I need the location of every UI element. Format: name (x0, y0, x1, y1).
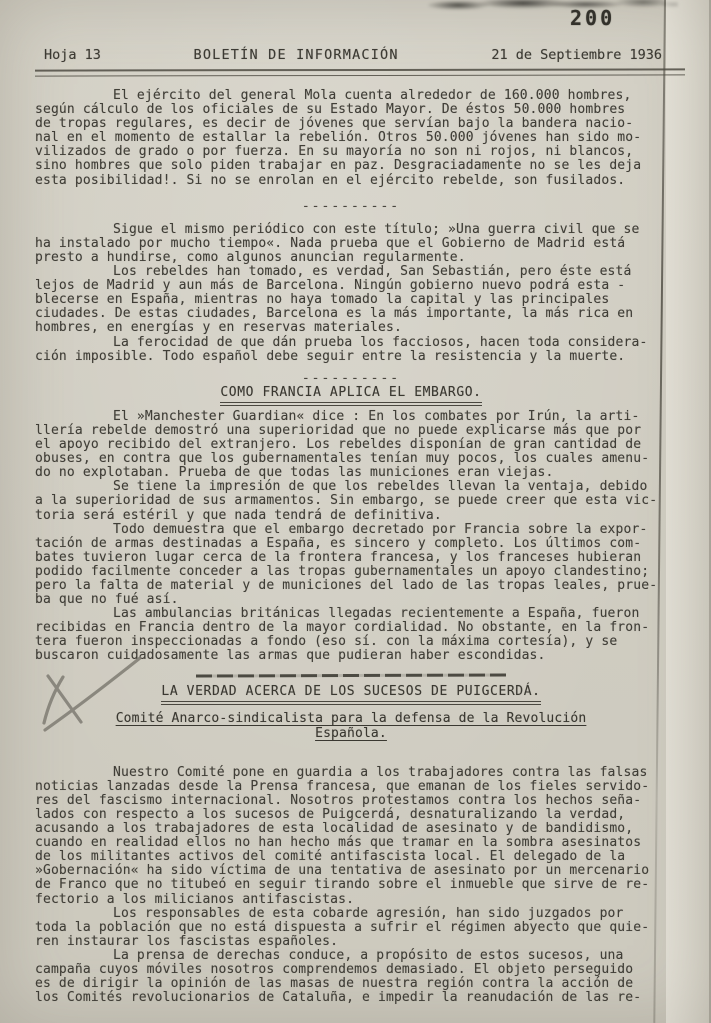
scanned-document-page: 200 Hoja 13 BOLETÍN DE INFORMACIÓN 21 de… (0, 0, 711, 1023)
scan-smudge-artifact (428, 0, 678, 12)
section-rule (196, 673, 506, 677)
page-right-margin (666, 0, 711, 1023)
paragraph-ferocidad: La ferocidad de que dán prueba los facci… (35, 336, 667, 364)
typed-divider: ---------- (35, 372, 667, 386)
paragraph-san-sebastian: Los rebeldes han tomado, es verdad, San … (35, 265, 667, 335)
pencil-x-mark (28, 643, 158, 743)
heading-embargo: COMO FRANCIA APLICA EL EMBARGO. (35, 386, 667, 400)
paragraph-impresion: Se tiene la impresión de que los rebelde… (35, 480, 667, 522)
sheet-number: Hoja 13 (44, 47, 101, 63)
document-date: 21 de Septiembre 1936 (491, 47, 662, 63)
paragraph-embargo-sincero: Todo demuestra que el embargo decretado … (35, 523, 667, 608)
document-header: Hoja 13 BOLETÍN DE INFORMACIÓN 21 de Sep… (44, 47, 662, 63)
paragraph-responsables: Los responsables de esta cobarde agresió… (35, 907, 667, 949)
header-rule (35, 68, 685, 76)
document-body: El ejército del general Mola cuenta alre… (35, 89, 667, 1005)
page-number-stamp: 200 (570, 6, 615, 30)
paragraph-mola-army: El ejército del general Mola cuenta alre… (35, 89, 667, 188)
paragraph-comite-guardia: Nuestro Comité pone en guardia a los tra… (35, 766, 667, 907)
paragraph-prensa-derechas: La prensa de derechas conduce, a propósi… (35, 949, 667, 1005)
paragraph-guerra-civil: Sigue el mismo periódico con este título… (35, 223, 667, 265)
bulletin-title: BOLETÍN DE INFORMACIÓN (194, 47, 399, 63)
paragraph-manchester-guardian: El »Manchester Guardian« dice : En los c… (35, 410, 667, 480)
typed-divider: ---------- (35, 200, 667, 214)
